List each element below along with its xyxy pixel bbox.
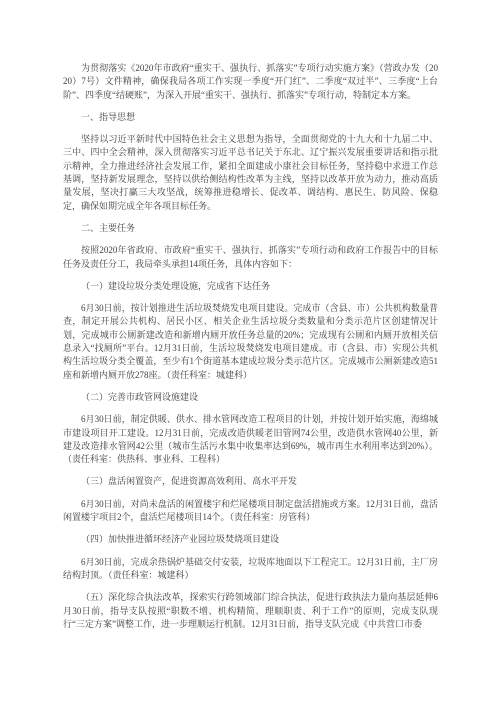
heading-guiding-ideology: 一、指导思想 xyxy=(63,111,438,124)
paragraph-task-3: 6月30日前，对尚未盘活的闲置楼宇和烂尾楼项目制定盘活措施或方案。12月31日前… xyxy=(63,498,438,525)
paragraph-main-tasks-intro: 按照2020年省政府、市政府“重实干、强执行、抓落实”专项行动和政府工作报告中的… xyxy=(63,244,438,271)
heading-task-2: （二）完善市政管网设施建设 xyxy=(63,391,438,404)
paragraph-task-4: 6月30日前，完成余热锅炉基础交付安装，垃圾库地面以下工程完工。12月31日前，… xyxy=(63,556,438,583)
paragraph-task-2: 6月30日前，制定供暖、供水、排水管网改造工程项目的计划，并按计划开始实施，海绵… xyxy=(63,413,438,466)
heading-main-tasks: 二、主要任务 xyxy=(63,222,438,235)
document-body: 为贯彻落实《2020年市政府“重实干、强执行、抓落实”专项行动实施方案》（营政办… xyxy=(63,62,438,631)
paragraph-guiding-ideology: 坚持以习近平新时代中国特色社会主义思想为指导，全面贯彻党的十九大和十九届二中、三… xyxy=(63,133,438,213)
intro-paragraph: 为贯彻落实《2020年市政府“重实干、强执行、抓落实”专项行动实施方案》（营政办… xyxy=(63,62,438,102)
paragraph-task-1: 6月30日前，按计划推进生活垃圾焚烧发电项目建设。完成市（含县、市）公共机构数量… xyxy=(63,302,438,382)
heading-task-4: （四）加快推进循环经济产业园垃圾焚烧项目建设 xyxy=(63,533,438,546)
paragraph-task-5: （五）深化综合执法改革，探索实行跨领域部门综合执法，促进行政执法力量向基层延伸6… xyxy=(63,591,438,631)
document-page: 为贯彻落实《2020年市政府“重实干、强执行、抓落实”专项行动实施方案》（营政办… xyxy=(0,0,500,707)
heading-task-3: （三）盘活闲置资产，促进资源高效利用、高水平开发 xyxy=(63,475,438,488)
heading-task-1: （一）建设垃圾分类处理设施，完成省下达任务 xyxy=(63,280,438,293)
